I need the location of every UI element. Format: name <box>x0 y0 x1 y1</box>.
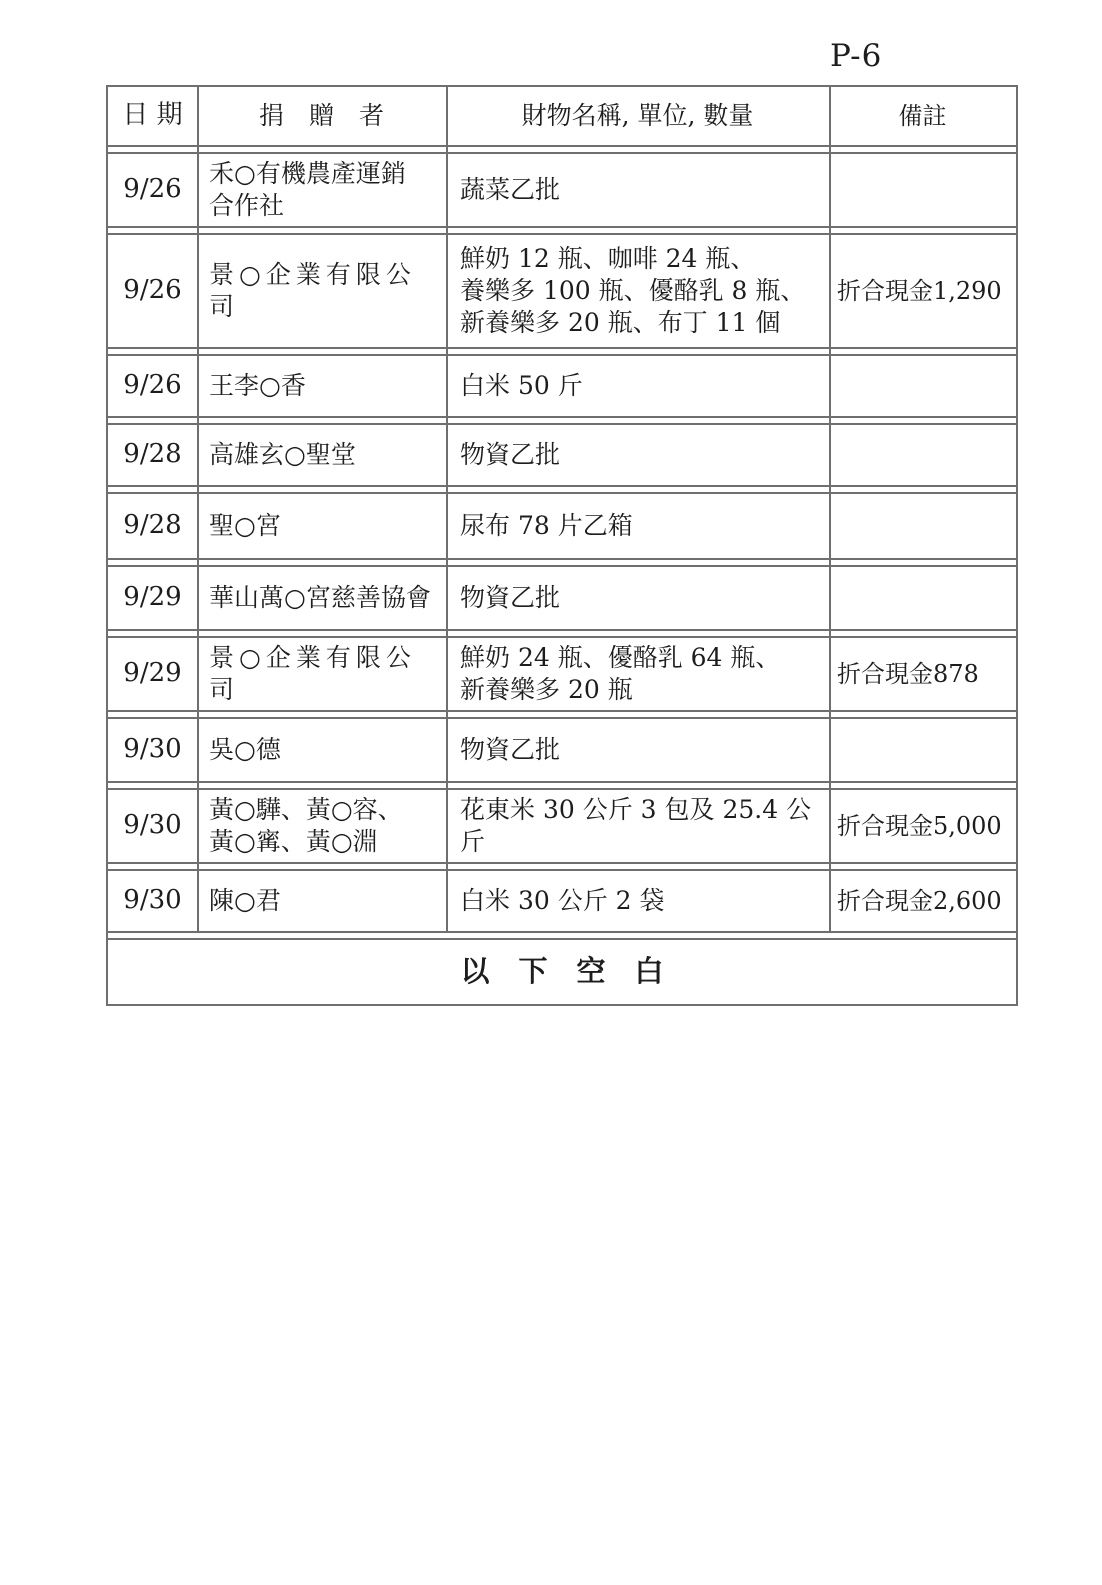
donor-cell: 景○企業有限公司 <box>197 638 446 710</box>
note-cell: 折合現金2,600 <box>829 871 1016 931</box>
note-cell <box>829 719 1016 781</box>
date-cell: 9/29 <box>108 638 197 710</box>
date-cell: 9/29 <box>108 567 197 629</box>
table-row: 9/28 高雄玄○聖堂 物資乙批 <box>108 423 1016 487</box>
column-divider-1 <box>197 87 199 933</box>
table-row: 9/28 聖○宮 尿布 78 片乙箱 <box>108 492 1016 560</box>
donations-table: 日 期 捐 贈 者 財物名稱, 單位, 數量 備註 9/26 禾○有機農產運銷 … <box>106 85 1018 1006</box>
items-column-header: 財物名稱, 單位, 數量 <box>446 87 829 145</box>
column-divider-3 <box>829 87 831 933</box>
note-cell <box>829 356 1016 416</box>
items-cell: 尿布 78 片乙箱 <box>446 494 829 558</box>
note-cell <box>829 567 1016 629</box>
table-row: 9/30 吳○德 物資乙批 <box>108 717 1016 783</box>
table-row: 9/29 華山萬○宮慈善協會 物資乙批 <box>108 565 1016 631</box>
note-cell <box>829 494 1016 558</box>
donor-cell: 景○企業有限公司 <box>197 235 446 347</box>
items-cell: 物資乙批 <box>446 567 829 629</box>
table-row: 9/26 禾○有機農產運銷 合作社 蔬菜乙批 <box>108 152 1016 228</box>
donor-cell: 禾○有機農產運銷 合作社 <box>197 154 446 226</box>
note-cell: 折合現金878 <box>829 638 1016 710</box>
items-cell: 鮮奶 24 瓶、優酪乳 64 瓶、 新養樂多 20 瓶 <box>446 638 829 710</box>
date-cell: 9/26 <box>108 154 197 226</box>
donor-cell: 黃○驊、黃○容、 黃○寗、黃○淵 <box>197 790 446 862</box>
donor-cell: 聖○宮 <box>197 494 446 558</box>
table-row: 9/29 景○企業有限公司 鮮奶 24 瓶、優酪乳 64 瓶、 新養樂多 20 … <box>108 636 1016 712</box>
items-cell: 白米 30 公斤 2 袋 <box>446 871 829 931</box>
date-cell: 9/30 <box>108 790 197 862</box>
table-row: 9/26 王李○香 白米 50 斤 <box>108 354 1016 418</box>
date-cell: 9/30 <box>108 871 197 931</box>
below-blank-label: 以 下 空 白 <box>108 940 1016 1004</box>
donor-cell: 陳○君 <box>197 871 446 931</box>
date-cell: 9/28 <box>108 425 197 485</box>
page-number: P-6 <box>830 38 882 74</box>
donor-cell: 吳○德 <box>197 719 446 781</box>
document-page: P-6 日 期 捐 贈 者 財物名稱, 單位, 數量 備註 9/26 禾○有機農… <box>0 0 1102 1585</box>
items-cell: 花東米 30 公斤 3 包及 25.4 公 斤 <box>446 790 829 862</box>
table-row: 9/30 陳○君 白米 30 公斤 2 袋 折合現金2,600 <box>108 869 1016 933</box>
date-cell: 9/26 <box>108 356 197 416</box>
notes-column-header: 備註 <box>829 87 1016 145</box>
donor-column-header: 捐 贈 者 <box>197 87 446 145</box>
items-cell: 鮮奶 12 瓶、咖啡 24 瓶、 養樂多 100 瓶、優酪乳 8 瓶、 新養樂多… <box>446 235 829 347</box>
donor-cell: 王李○香 <box>197 356 446 416</box>
note-cell <box>829 425 1016 485</box>
table-footer-row: 以 下 空 白 <box>108 938 1016 1004</box>
donor-cell: 華山萬○宮慈善協會 <box>197 567 446 629</box>
note-cell: 折合現金5,000 <box>829 790 1016 862</box>
date-cell: 9/28 <box>108 494 197 558</box>
items-cell: 蔬菜乙批 <box>446 154 829 226</box>
date-column-header: 日 期 <box>108 87 197 145</box>
table-header-row: 日 期 捐 贈 者 財物名稱, 單位, 數量 備註 <box>108 87 1016 147</box>
note-cell <box>829 154 1016 226</box>
donor-cell: 高雄玄○聖堂 <box>197 425 446 485</box>
items-cell: 白米 50 斤 <box>446 356 829 416</box>
table-row: 9/26 景○企業有限公司 鮮奶 12 瓶、咖啡 24 瓶、 養樂多 100 瓶… <box>108 233 1016 349</box>
items-cell: 物資乙批 <box>446 719 829 781</box>
items-cell: 物資乙批 <box>446 425 829 485</box>
table-row: 9/30 黃○驊、黃○容、 黃○寗、黃○淵 花東米 30 公斤 3 包及 25.… <box>108 788 1016 864</box>
date-cell: 9/30 <box>108 719 197 781</box>
note-cell: 折合現金1,290 <box>829 235 1016 347</box>
column-divider-2 <box>446 87 448 933</box>
date-cell: 9/26 <box>108 235 197 347</box>
